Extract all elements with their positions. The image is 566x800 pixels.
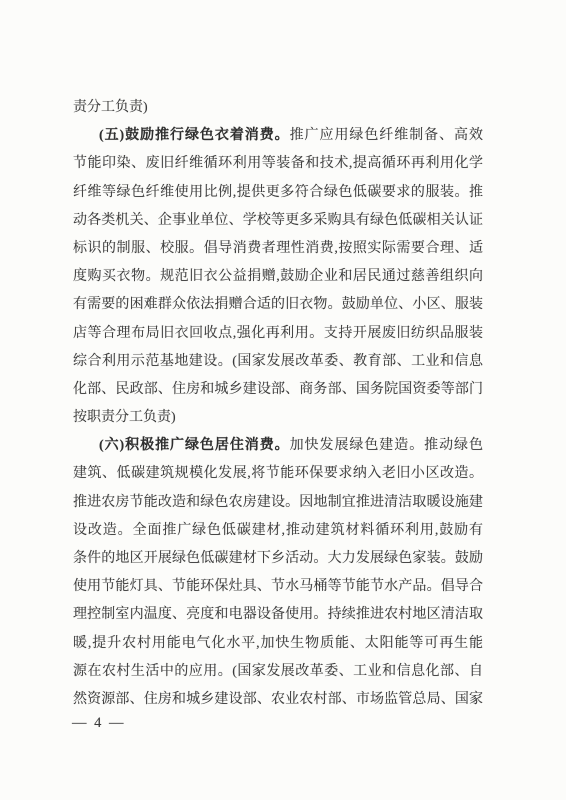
paragraph-6-first-line: (六)积极推广绿色居住消费。加快发展绿色建造。推动绿色 [73, 432, 483, 460]
paragraph-6-heading: (六)积极推广绿色居住消费。 [99, 438, 290, 453]
body-line: 动各类机关、企事业单位、学校等更多采购具有绿色低碳相关认证 [73, 207, 483, 235]
body-line: 使用节能灯具、节能环保灶具、节水马桶等节能节水产品。倡导合 [73, 573, 483, 601]
body-line: 理控制室内温度、亮度和电器设备使用。持续推进农村地区清洁取 [73, 601, 483, 629]
paragraph-6-first-line-rest: 加快发展绿色建造。推动绿色 [290, 438, 483, 453]
body-line: 建筑、低碳建筑规模化发展,将节能环保要求纳入老旧小区改造。 [73, 460, 483, 488]
body-line: 有需要的困难群众依法捐赠合适的旧衣物。鼓励单位、小区、服装 [73, 291, 483, 319]
body-line: 综合利用示范基地建设。(国家发展改革委、教育部、工业和信息 [73, 348, 483, 376]
paragraph-5-heading: (五)鼓励推行绿色衣着消费。 [99, 128, 290, 143]
body-line: 标识的制服、校服。倡导消费者理性消费,按照实际需要合理、适 [73, 235, 483, 263]
body-line: 店等合理布局旧衣回收点,强化再利用。支持开展废旧纺织品服装 [73, 320, 483, 348]
body-line: 然资源部、住房和城乡建设部、农业农村部、市场监管总局、国家 [73, 686, 483, 714]
body-line: 推进农房节能改造和绿色农房建设。因地制宜推进清洁取暖设施建 [73, 489, 483, 517]
carryover-line: 责分工负责) [73, 94, 483, 122]
scanned-document-page: 责分工负责) (五)鼓励推行绿色衣着消费。推广应用绿色纤维制备、高效 节能印染、… [0, 0, 566, 800]
body-line: 条件的地区开展绿色低碳建材下乡活动。大力发展绿色家装。鼓励 [73, 545, 483, 573]
document-body: 责分工负责) (五)鼓励推行绿色衣着消费。推广应用绿色纤维制备、高效 节能印染、… [73, 94, 483, 714]
body-line: 暖,提升农村用能电气化水平,加快生物质能、太阳能等可再生能 [73, 630, 483, 658]
body-line: 化部、民政部、住房和城乡建设部、商务部、国务院国资委等部门 [73, 376, 483, 404]
page-number: — 4 — [72, 712, 126, 734]
body-line: 源在农村生活中的应用。(国家发展改革委、工业和信息化部、自 [73, 658, 483, 686]
paragraph-5-last-line: 按职责分工负责) [73, 404, 483, 432]
body-line: 度购买衣物。规范旧衣公益捐赠,鼓励企业和居民通过慈善组织向 [73, 263, 483, 291]
paragraph-5-first-line-rest: 推广应用绿色纤维制备、高效 [290, 128, 483, 143]
body-line: 设改造。全面推广绿色低碳建材,推动建筑材料循环利用,鼓励有 [73, 517, 483, 545]
paragraph-5-first-line: (五)鼓励推行绿色衣着消费。推广应用绿色纤维制备、高效 [73, 122, 483, 150]
body-line: 纤维等绿色纤维使用比例,提供更多符合绿色低碳要求的服装。推 [73, 179, 483, 207]
body-line: 节能印染、废旧纤维循环利用等装备和技术,提高循环再利用化学 [73, 150, 483, 178]
